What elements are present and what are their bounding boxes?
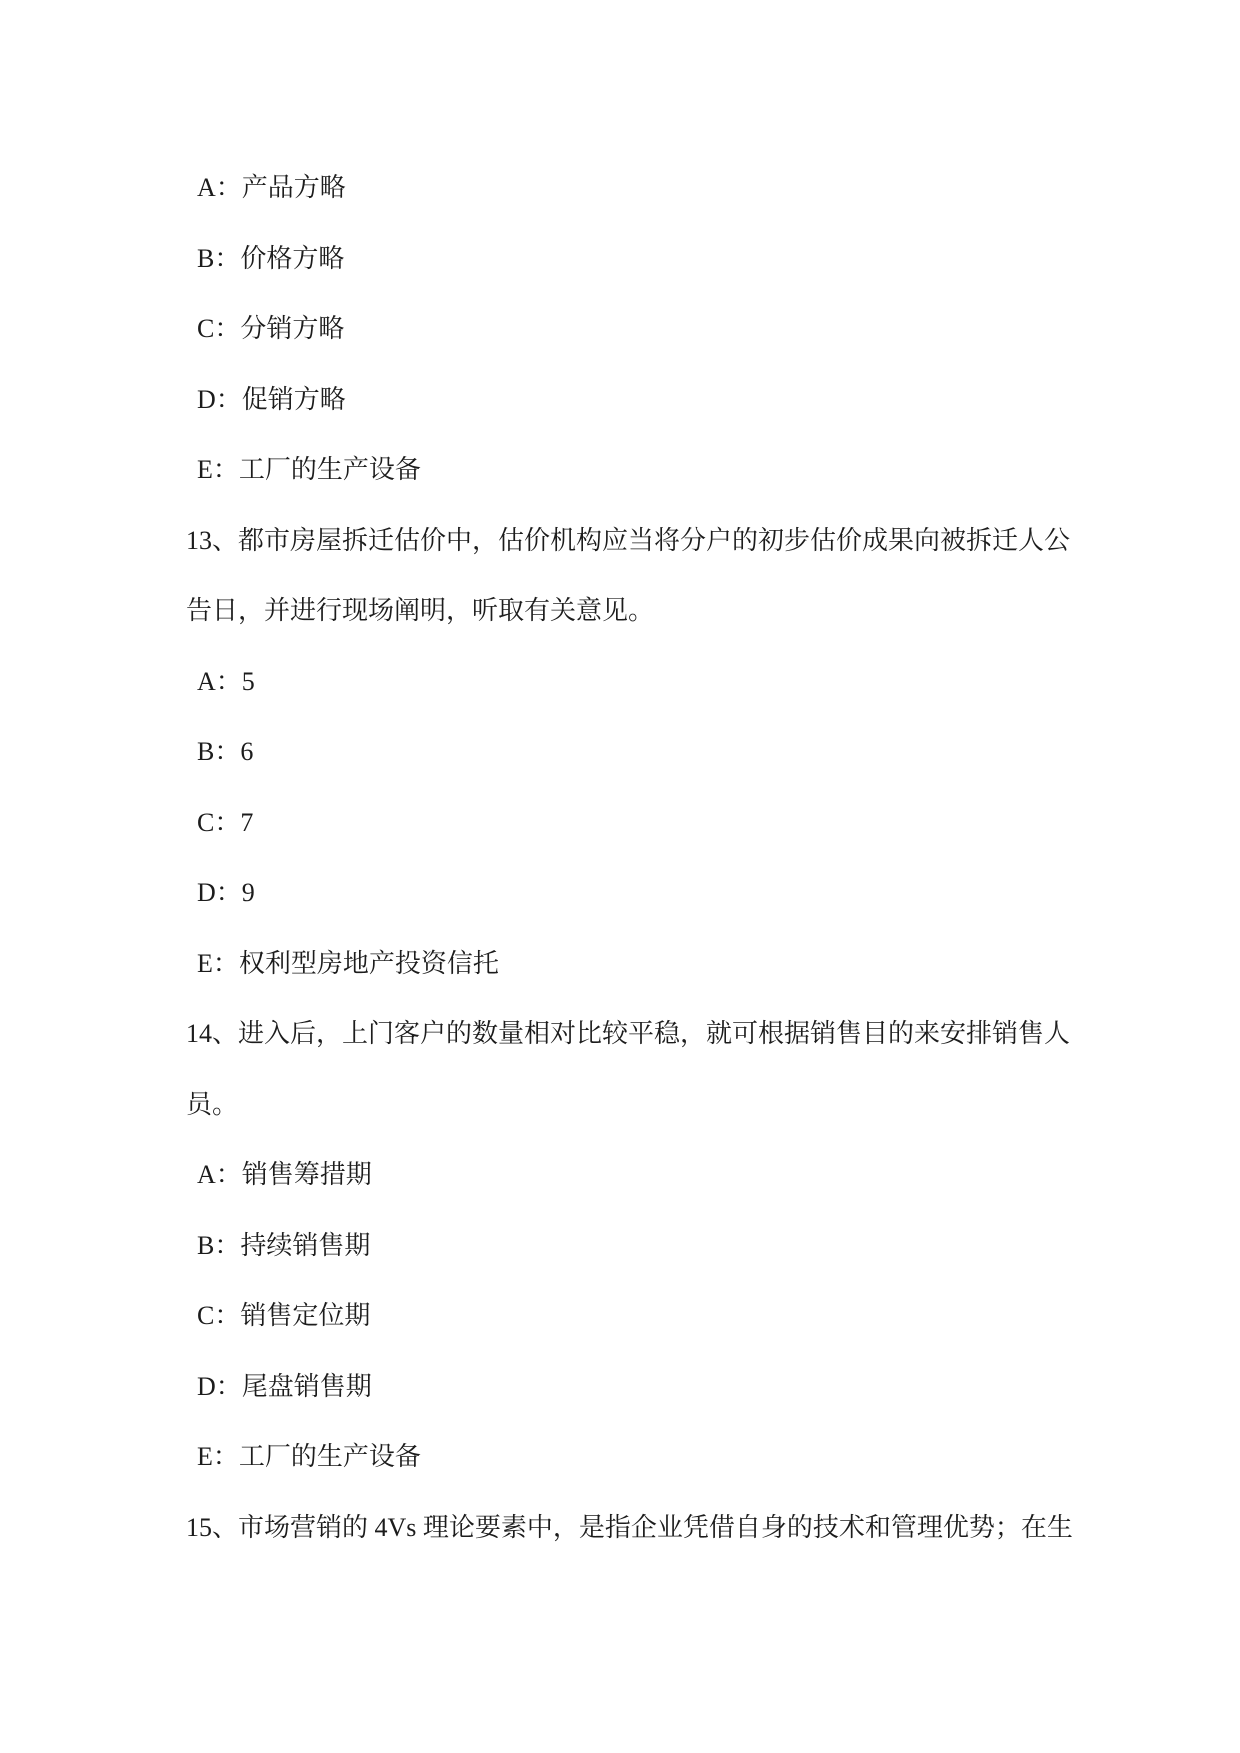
option-colon: ： bbox=[216, 1372, 242, 1401]
question-14-option-a: A：销售筹措期 bbox=[186, 1140, 1146, 1211]
option-label: B bbox=[197, 244, 214, 273]
option-label: B bbox=[197, 1231, 214, 1260]
question-stem-text: 进入后，上门客户的数量相对比较平稳，就可根据销售目的来安排销售人 bbox=[238, 1019, 1070, 1048]
option-text: 销售筹措期 bbox=[242, 1160, 372, 1189]
option-label: D bbox=[197, 385, 216, 414]
option-text: 持续销售期 bbox=[240, 1231, 370, 1260]
option-label: C bbox=[197, 1301, 214, 1330]
option-label: A bbox=[197, 667, 216, 696]
option-colon: ： bbox=[214, 1301, 240, 1330]
question-12-option-e: E：工厂的生产设备 bbox=[186, 435, 1146, 506]
option-label: A bbox=[197, 1160, 216, 1189]
question-stem-text: 市场营销的 4Vs 理论要素中，是指企业凭借自身的技术和管理优势；在生 bbox=[238, 1513, 1073, 1542]
option-text: 工厂的生产设备 bbox=[239, 1442, 421, 1471]
number-separator: 、 bbox=[212, 526, 238, 555]
question-14-option-c: C：销售定位期 bbox=[186, 1281, 1146, 1352]
question-13-option-d: D：9 bbox=[186, 858, 1146, 929]
option-colon: ： bbox=[214, 1231, 240, 1260]
option-colon: ： bbox=[216, 878, 242, 907]
option-label: A bbox=[197, 173, 216, 202]
question-12-option-b: B：价格方略 bbox=[186, 224, 1146, 295]
question-14-option-e: E：工厂的生产设备 bbox=[186, 1422, 1146, 1493]
option-label: C bbox=[197, 808, 214, 837]
exam-content: A：产品方略 B：价格方略 C：分销方略 D：促销方略 E：工厂的生产设备 13… bbox=[186, 153, 1146, 1563]
question-12-option-d: D：促销方略 bbox=[186, 365, 1146, 436]
option-text: 9 bbox=[242, 878, 255, 907]
option-label: B bbox=[197, 737, 214, 766]
option-colon: ： bbox=[214, 808, 240, 837]
question-12-option-c: C：分销方略 bbox=[186, 294, 1146, 365]
option-colon: ： bbox=[213, 949, 239, 978]
question-12-option-a: A：产品方略 bbox=[186, 153, 1146, 224]
question-stem-text: 员。 bbox=[186, 1090, 238, 1119]
option-text: 分销方略 bbox=[240, 314, 344, 343]
option-text: 销售定位期 bbox=[240, 1301, 370, 1330]
option-label: E bbox=[197, 949, 213, 978]
option-colon: ： bbox=[213, 1442, 239, 1471]
option-label: E bbox=[197, 455, 213, 484]
option-colon: ： bbox=[216, 1160, 242, 1189]
option-label: E bbox=[197, 1442, 213, 1471]
option-text: 7 bbox=[240, 808, 253, 837]
question-13-stem-line-1: 13、都市房屋拆迁估价中，估价机构应当将分户的初步估价成果向被拆迁人公 bbox=[186, 506, 1146, 577]
option-colon: ： bbox=[216, 385, 242, 414]
question-14-stem-line-2: 员。 bbox=[186, 1070, 1146, 1141]
question-number: 14 bbox=[186, 1019, 212, 1048]
number-separator: 、 bbox=[212, 1513, 238, 1542]
option-text: 产品方略 bbox=[242, 173, 346, 202]
option-text: 5 bbox=[242, 667, 255, 696]
option-label: C bbox=[197, 314, 214, 343]
option-text: 权利型房地产投资信托 bbox=[239, 949, 499, 978]
question-13-option-c: C：7 bbox=[186, 788, 1146, 859]
option-text: 尾盘销售期 bbox=[242, 1372, 372, 1401]
question-13-option-a: A：5 bbox=[186, 647, 1146, 718]
question-14-stem-line-1: 14、进入后，上门客户的数量相对比较平稳，就可根据销售目的来安排销售人 bbox=[186, 999, 1146, 1070]
option-colon: ： bbox=[213, 455, 239, 484]
question-13-stem-line-2: 告日，并进行现场阐明，听取有关意见。 bbox=[186, 576, 1146, 647]
question-stem-text: 都市房屋拆迁估价中，估价机构应当将分户的初步估价成果向被拆迁人公 bbox=[238, 526, 1070, 555]
option-text: 工厂的生产设备 bbox=[239, 455, 421, 484]
option-text: 促销方略 bbox=[242, 385, 346, 414]
document-page: A：产品方略 B：价格方略 C：分销方略 D：促销方略 E：工厂的生产设备 13… bbox=[0, 0, 1240, 1753]
option-text: 价格方略 bbox=[240, 244, 344, 273]
question-14-option-d: D：尾盘销售期 bbox=[186, 1352, 1146, 1423]
option-colon: ： bbox=[216, 667, 242, 696]
question-stem-text: 告日，并进行现场阐明，听取有关意见。 bbox=[186, 596, 654, 625]
option-text: 6 bbox=[240, 737, 253, 766]
option-label: D bbox=[197, 878, 216, 907]
number-separator: 、 bbox=[212, 1019, 238, 1048]
option-colon: ： bbox=[214, 244, 240, 273]
option-label: D bbox=[197, 1372, 216, 1401]
option-colon: ： bbox=[216, 173, 242, 202]
question-14-option-b: B：持续销售期 bbox=[186, 1211, 1146, 1282]
question-15-stem-line-1: 15、市场营销的 4Vs 理论要素中，是指企业凭借自身的技术和管理优势；在生 bbox=[186, 1493, 1146, 1564]
question-number: 15 bbox=[186, 1513, 212, 1542]
question-number: 13 bbox=[186, 526, 212, 555]
question-13-option-e: E：权利型房地产投资信托 bbox=[186, 929, 1146, 1000]
option-colon: ： bbox=[214, 314, 240, 343]
option-colon: ： bbox=[214, 737, 240, 766]
question-13-option-b: B：6 bbox=[186, 717, 1146, 788]
